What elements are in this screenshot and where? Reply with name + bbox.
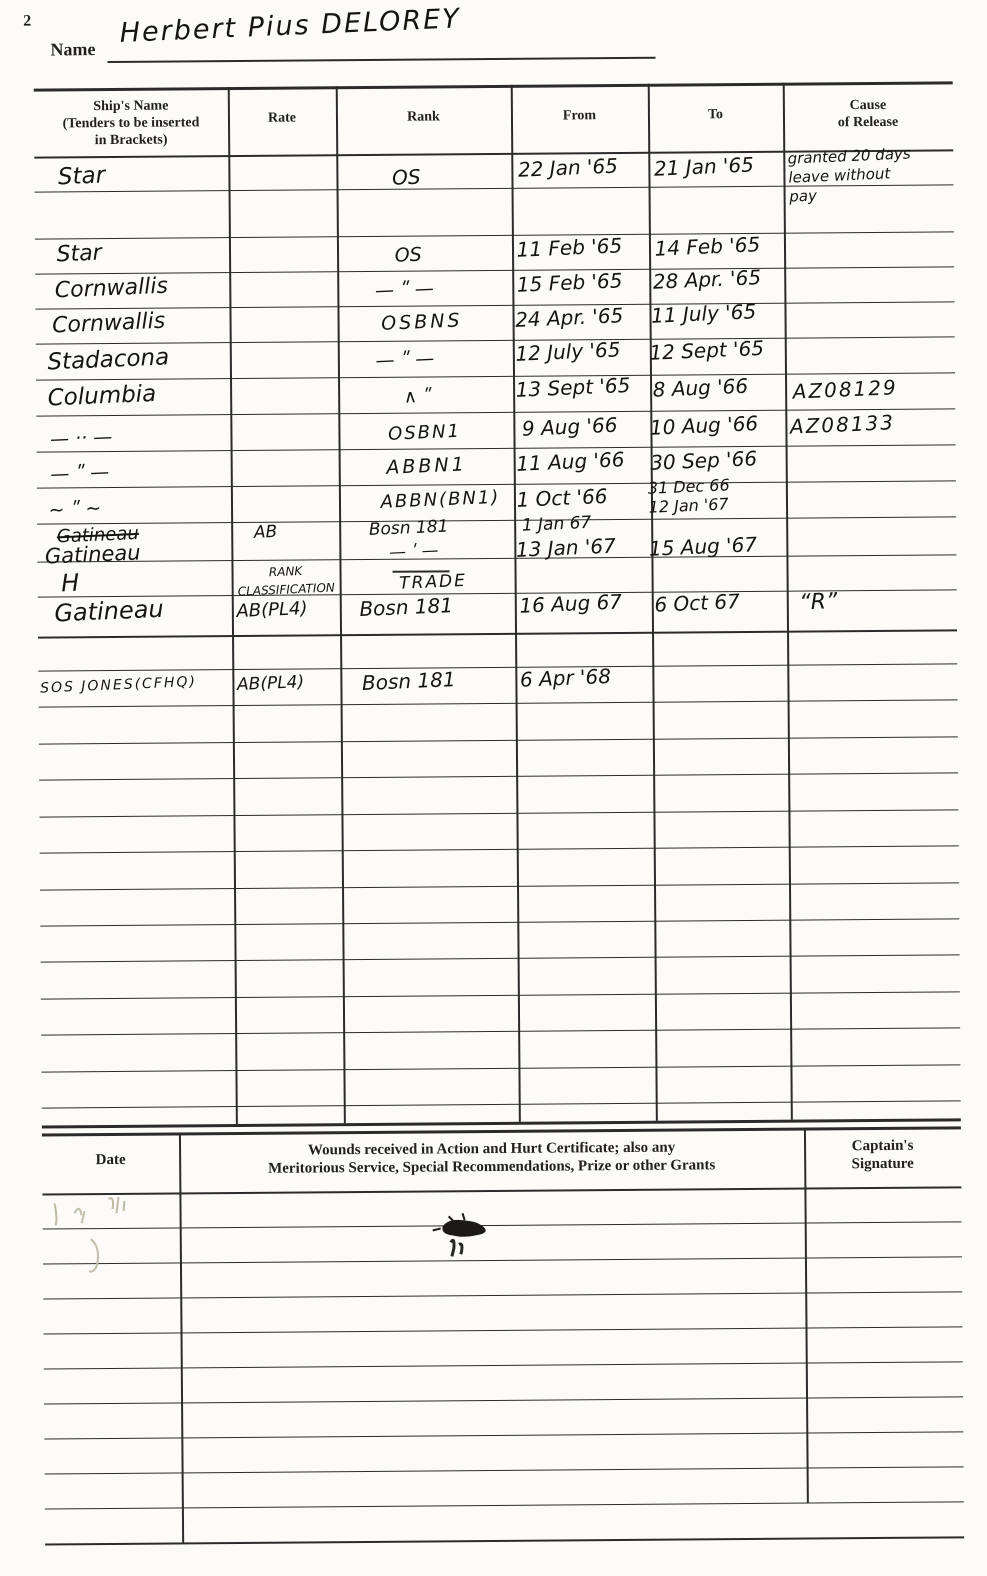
rank-cell: OS: [392, 167, 421, 190]
ship-name-cell: Star: [57, 163, 105, 190]
service-record-page: 2 Name Herbert Pius DELOREY Ship's Name …: [0, 0, 987, 1576]
to-cell: 10 Aug '66: [650, 413, 759, 439]
ship-ditto-cell: — ʺ —: [50, 462, 110, 485]
from-cell: 12 July '65: [515, 339, 621, 365]
to-cell: 28 Apr. '65: [652, 267, 761, 293]
rank-ditto-cell: — ʺ —: [375, 278, 435, 301]
header-rate: Rate: [228, 109, 336, 127]
grid-line: [35, 301, 954, 309]
cause-cell: granted 20 days leave without pay: [787, 144, 912, 205]
grid-line: [40, 845, 959, 853]
header-from: From: [511, 107, 648, 125]
grid-line: [34, 81, 953, 91]
from-cell: 6 Apr '68: [520, 666, 612, 691]
ship-name-cell: Star: [56, 242, 102, 268]
grid-line: [108, 57, 656, 63]
from-cell: 1 Oct '66: [516, 486, 608, 511]
cause-cell: AZ08133: [790, 412, 896, 438]
grid-line: [36, 336, 955, 344]
to-cell: 11 July '65: [651, 301, 757, 327]
rank-cell: OSBNS: [381, 310, 463, 334]
rank-ditto-cell: ∧ ʺ: [403, 387, 431, 408]
header-date: Date: [42, 1150, 179, 1169]
from-cell: 9 Aug '66: [522, 415, 618, 441]
ship-name-cell: Cornwallis: [54, 275, 168, 304]
header-captains-signature: Captain's Signature: [804, 1136, 961, 1174]
to-cell: 21 Jan '65: [654, 154, 755, 180]
rate-cell: AB(PL4): [236, 599, 308, 621]
ship-name-cell: Stadacona: [47, 345, 170, 375]
grid-line: [39, 736, 958, 744]
grid-line: [804, 1128, 809, 1503]
to-cell: 30 Sep '66: [650, 448, 758, 474]
grid-line: [39, 809, 958, 817]
grid-line: [37, 554, 956, 562]
rate-cell: AB: [254, 523, 278, 542]
ship-name-cell: Columbia: [47, 382, 157, 411]
from-cell: 22 Jan '65: [518, 156, 619, 182]
rank-ditto-cell: — ʺ —: [375, 348, 435, 371]
ship-name-cell: Gatineau: [54, 597, 164, 628]
grid-line: [336, 86, 346, 1123]
grid-line: [41, 954, 960, 962]
rank-ditto-cell: — ʹ —: [389, 542, 439, 562]
trade-note: TRADE: [399, 572, 467, 593]
to-cell: 12 Sept '65: [649, 338, 764, 364]
grid-line: [41, 991, 960, 999]
ship-name-cell: H: [61, 571, 80, 598]
grid-line: [35, 231, 954, 239]
rank-cell: Bosn 181: [362, 669, 456, 695]
ship-name-cell: Cornwallis: [52, 310, 166, 339]
rank-cell: OSBN1: [388, 422, 462, 445]
rank-cell: OS: [394, 245, 422, 267]
cause-cell: “R”: [799, 590, 838, 615]
header-cause-of-release: Cause of Release: [783, 96, 953, 131]
to-cell: 14 Feb '65: [654, 234, 760, 260]
ship-name-cell: Gatineau: [45, 541, 142, 568]
grid-line: [41, 1027, 960, 1035]
rank-cell: Bosn 181: [368, 518, 448, 540]
grid-line: [783, 83, 793, 1120]
table-grid: [0, 0, 982, 4]
rate-cell: AB(PL4): [237, 673, 305, 694]
header-ship-name: Ship's Name (Tenders to be inserted in B…: [34, 97, 228, 150]
grid-line: [35, 266, 954, 274]
to-cell: 31 Dec 66 12 Jan '67: [647, 475, 730, 517]
ink-blot: [425, 1212, 505, 1268]
header-rank: Rank: [336, 108, 511, 126]
ship-ditto-cell: ∼ ʺ ∼: [48, 498, 102, 521]
grid-line: [39, 772, 958, 780]
grid-line: [40, 882, 959, 890]
grid-line: [37, 516, 956, 524]
page-number: 2: [23, 12, 31, 32]
ship-name-cell: SOS JONES(CFHQ): [40, 675, 197, 697]
grid-line: [38, 663, 957, 671]
rank-cell: Bosn 181: [359, 595, 453, 621]
grid-line: [40, 918, 959, 926]
to-cell: 6 Oct 67: [654, 591, 740, 616]
from-cell: 24 Apr. '65: [515, 305, 624, 331]
header-wounds-notes: Wounds received in Action and Hurt Certi…: [179, 1138, 804, 1180]
rank-cell: ABBN(BN1): [380, 488, 501, 513]
from-cell: 11 Aug '66: [516, 449, 625, 475]
grid-line: [39, 699, 958, 707]
grid-line: [37, 444, 956, 452]
from-cell: 15 Feb '65: [516, 270, 622, 296]
header-to: To: [648, 106, 783, 124]
name-value: Herbert Pius DELOREY: [119, 4, 461, 48]
faint-pencil-marks: [46, 1191, 177, 1277]
name-label: Name: [50, 39, 95, 61]
rank-cell: ABBN1: [386, 454, 467, 478]
cause-cell: AZ08129: [792, 377, 898, 403]
from-cell: 13 Sept '65: [515, 375, 630, 401]
rank-classification-note: RANK CLASSIFICATION: [226, 560, 345, 601]
ship-ditto-cell: — ·· —: [50, 427, 113, 450]
to-cell: 15 Aug '67: [649, 534, 758, 560]
grid-line: [38, 629, 957, 638]
from-cell: 13 Jan '67: [516, 536, 617, 562]
to-cell: 8 Aug '66: [652, 376, 748, 402]
from-cell: 11 Feb '65: [516, 235, 622, 261]
from-cell: 16 Aug 67: [519, 591, 623, 617]
grid-line: [42, 1100, 961, 1108]
from-cell: 1 Jan 67: [521, 514, 591, 535]
grid-line: [41, 1064, 960, 1072]
